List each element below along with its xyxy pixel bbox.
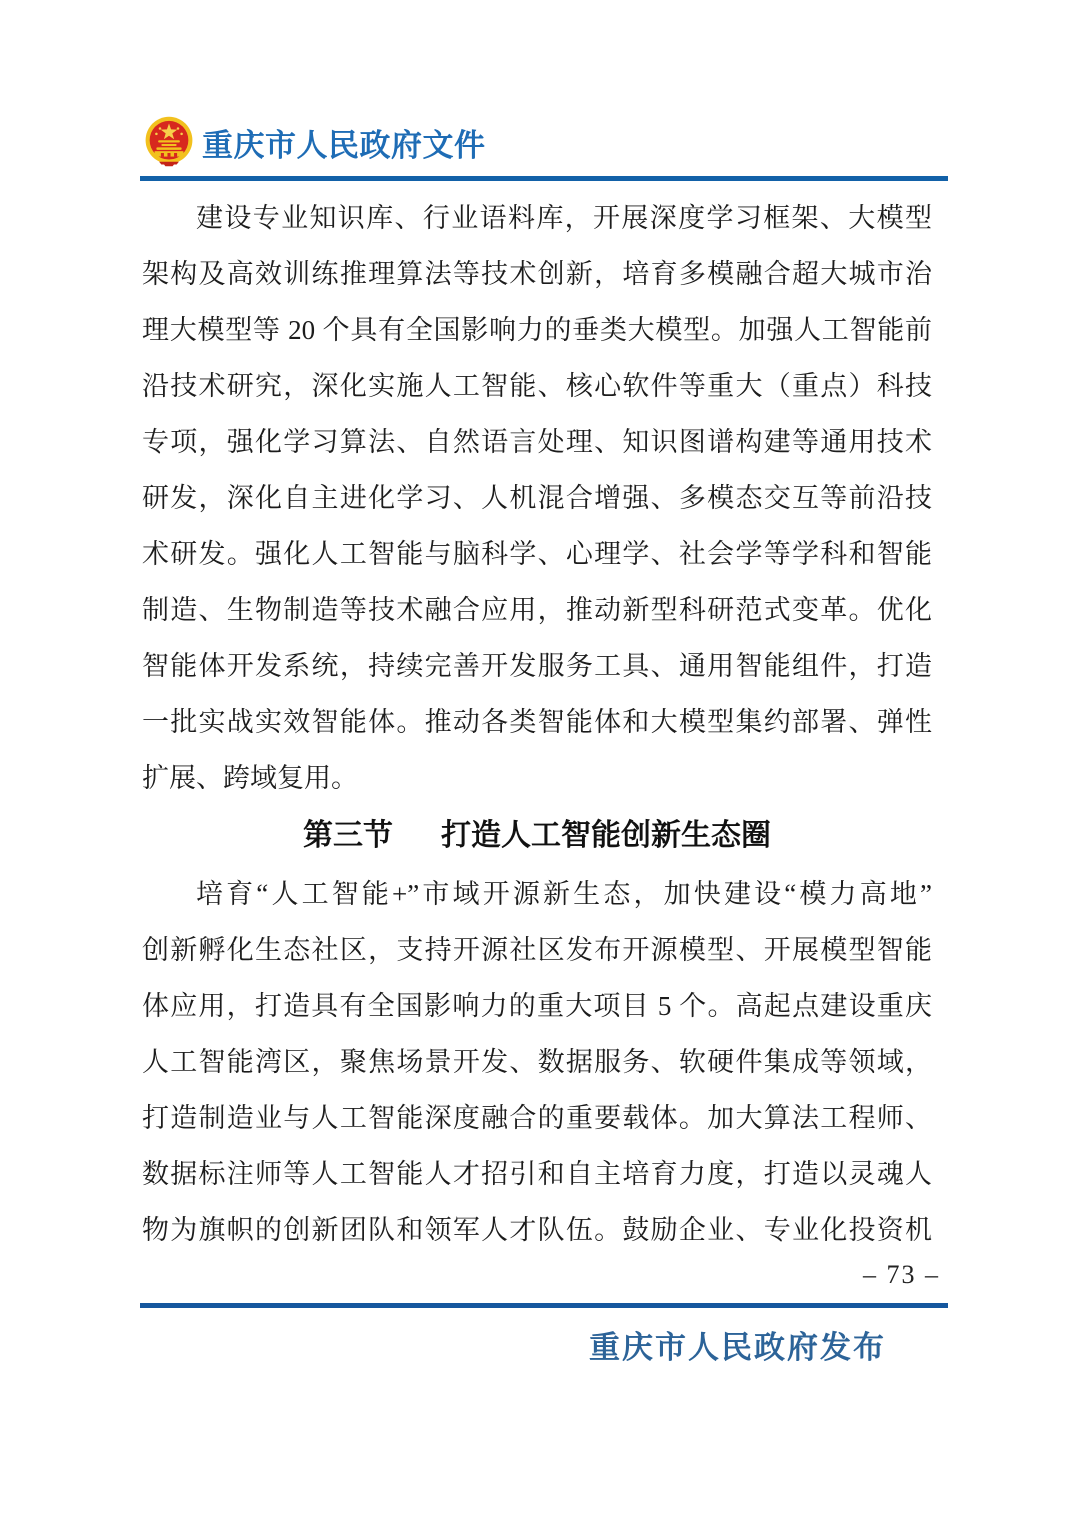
- text-line: 数据标注师等人工智能人才招引和自主培育力度，打造以灵魂人: [142, 1146, 932, 1202]
- publisher-label: 重庆市人民政府发布: [142, 1322, 948, 1367]
- national-emblem-icon: [142, 115, 196, 169]
- document-header: 重庆市人民政府文件: [142, 112, 486, 172]
- section-heading: 第三节打造人工智能创新生态圈: [142, 806, 932, 866]
- text-line: 智能体开发系统，持续完善开发服务工具、通用智能组件，打造: [142, 638, 932, 694]
- text-line: 研发，深化自主进化学习、人机混合增强、多模态交互等前沿技: [142, 470, 932, 526]
- section-title: 打造人工智能创新生态圈: [441, 819, 771, 852]
- text-line: 建设专业知识库、行业语料库，开展深度学习框架、大模型: [142, 190, 932, 246]
- text-line: 一批实战实效智能体。推动各类智能体和大模型集约部署、弹性: [142, 694, 932, 750]
- text-line: 物为旗帜的创新团队和领军人才队伍。鼓励企业、专业化投资机: [142, 1202, 932, 1258]
- text-line: 理大模型等 20 个具有全国影响力的垂类大模型。加强人工智能前: [142, 302, 932, 358]
- page-number: – 73 –: [142, 1258, 940, 1292]
- document-body: 建设专业知识库、行业语料库，开展深度学习框架、大模型架构及高效训练推理算法等技术…: [142, 190, 932, 1258]
- document-page: 重庆市人民政府文件 建设专业知识库、行业语料库，开展深度学习框架、大模型架构及高…: [0, 0, 1074, 1520]
- paragraph-2: 培育“人工智能+”市域开源新生态，加快建设“模力高地”创新孵化生态社区，支持开源…: [142, 866, 932, 1258]
- text-line: 培育“人工智能+”市域开源新生态，加快建设“模力高地”: [142, 866, 932, 922]
- text-line: 术研发。强化人工智能与脑科学、心理学、社会学等学科和智能: [142, 526, 932, 582]
- text-line: 打造制造业与人工智能深度融合的重要载体。加大算法工程师、: [142, 1090, 932, 1146]
- text-line: 人工智能湾区，聚焦场景开发、数据服务、软硬件集成等领域，: [142, 1034, 932, 1090]
- header-divider: [140, 176, 948, 181]
- text-line: 架构及高效训练推理算法等技术创新，培育多模融合超大城市治: [142, 246, 932, 302]
- document-title: 重庆市人民政府文件: [202, 120, 486, 165]
- text-line: 专项，强化学习算法、自然语言处理、知识图谱构建等通用技术: [142, 414, 932, 470]
- text-line: 制造、生物制造等技术融合应用，推动新型科研范式变革。优化: [142, 582, 932, 638]
- text-line: 扩展、跨域复用。: [142, 750, 932, 806]
- footer-divider: [140, 1303, 948, 1308]
- text-line: 体应用，打造具有全国影响力的重大项目 5 个。高起点建设重庆: [142, 978, 932, 1034]
- text-line: 沿技术研究，深化实施人工智能、核心软件等重大（重点）科技: [142, 358, 932, 414]
- paragraph-1: 建设专业知识库、行业语料库，开展深度学习框架、大模型架构及高效训练推理算法等技术…: [142, 190, 932, 806]
- section-number: 第三节: [303, 819, 393, 852]
- text-line: 创新孵化生态社区，支持开源社区发布开源模型、开展模型智能: [142, 922, 932, 978]
